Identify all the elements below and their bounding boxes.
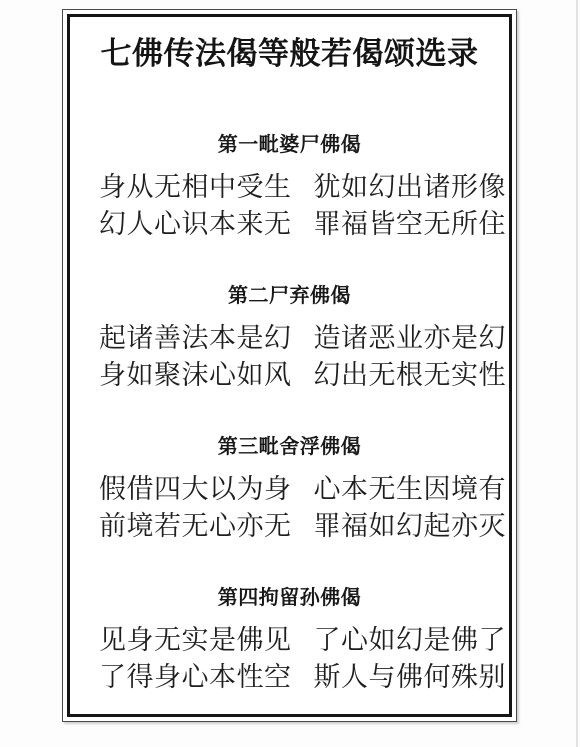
verse-right: 幻出无根无实性: [314, 357, 507, 394]
section-heading: 第四拘留孙佛偈: [218, 585, 362, 609]
verse-left: 起诸善法本是幻: [99, 320, 292, 357]
verse-left: 身如聚沫心如风: [99, 357, 292, 394]
verse-left: 假借四大以为身: [99, 471, 292, 508]
section-heading: 第三毗舍浮佛偈: [218, 434, 362, 458]
verse-right: 罪福如幻起亦灭: [314, 508, 507, 545]
section-3: 第三毗舍浮佛偈 假借四大以为身 心本无生因境有 前境若无心亦无 罪福如幻起亦灭: [73, 434, 506, 545]
verse-left: 前境若无心亦无: [99, 508, 292, 545]
verse-line: 起诸善法本是幻 造诸恶业亦是幻: [99, 320, 506, 357]
section-1: 第一毗婆尸佛偈 身从无相中受生 犹如幻出诸形像 幻人心识本来无 罪福皆空无所住: [73, 132, 506, 243]
verse-line: 幻人心识本来无 罪福皆空无所住: [99, 206, 506, 243]
verse-right: 了心如幻是佛了: [314, 622, 507, 659]
verse-line: 身从无相中受生 犹如幻出诸形像: [99, 169, 506, 206]
verse-right: 斯人与佛何殊别: [314, 659, 507, 696]
verse-left: 见身无实是佛见: [99, 622, 292, 659]
verse-left: 幻人心识本来无: [99, 206, 292, 243]
section-2: 第二尸弃佛偈 起诸善法本是幻 造诸恶业亦是幻 身如聚沫心如风 幻出无根无实性: [73, 283, 506, 394]
section-heading: 第一毗婆尸佛偈: [218, 132, 362, 156]
section-heading: 第二尸弃佛偈: [228, 283, 351, 307]
verse-right: 心本无生因境有: [314, 471, 507, 508]
document-frame: 七佛传法偈等般若偈颂选录 第一毗婆尸佛偈 身从无相中受生 犹如幻出诸形像 幻人心…: [62, 9, 517, 722]
verse-left: 了得身心本性空: [99, 659, 292, 696]
section-4: 第四拘留孙佛偈 见身无实是佛见 了心如幻是佛了 了得身心本性空 斯人与佛何殊别: [73, 585, 506, 696]
verse-line: 身如聚沫心如风 幻出无根无实性: [99, 357, 506, 394]
verse-right: 造诸恶业亦是幻: [314, 320, 507, 357]
verse-line: 假借四大以为身 心本无生因境有: [99, 471, 506, 508]
verse-line: 见身无实是佛见 了心如幻是佛了: [99, 622, 506, 659]
verse-right: 犹如幻出诸形像: [314, 169, 507, 206]
document-frame-inner: 七佛传法偈等般若偈颂选录 第一毗婆尸佛偈 身从无相中受生 犹如幻出诸形像 幻人心…: [67, 14, 512, 717]
document-title: 七佛传法偈等般若偈颂选录: [101, 34, 479, 74]
verse-line: 前境若无心亦无 罪福如幻起亦灭: [99, 508, 506, 545]
verse-right: 罪福皆空无所住: [314, 206, 507, 243]
verse-line: 了得身心本性空 斯人与佛何殊别: [99, 659, 506, 696]
verse-left: 身从无相中受生: [99, 169, 292, 206]
page-edge-line: [576, 0, 578, 747]
